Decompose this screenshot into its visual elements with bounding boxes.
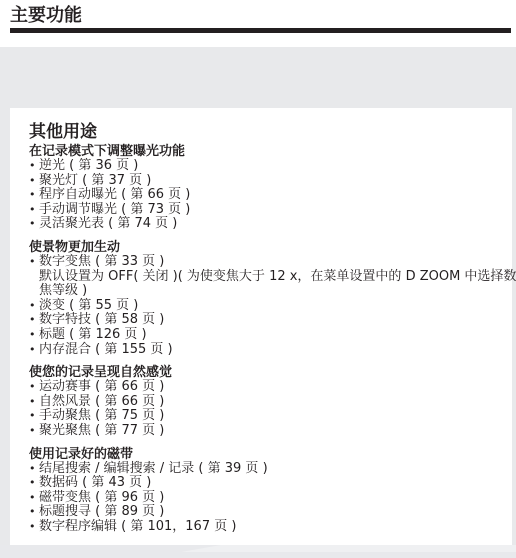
list-item-text: 标题搜寻 ( 第 89 页 ) (39, 505, 164, 520)
page-title: 主要功能 (10, 5, 82, 27)
bullet-icon: • (29, 328, 39, 343)
list-item-text: 程序自动曝光 ( 第 66 页 ) (39, 188, 190, 203)
section-title: 使用记录好的磁带 (29, 447, 492, 462)
bullet-icon: • (29, 380, 39, 395)
list-item: •手动聚焦 ( 第 75 页 ) (29, 409, 492, 424)
list-item: •数字特技 ( 第 58 页 ) (29, 313, 492, 328)
list-item: •结尾搜索 / 编辑搜索 / 记录 ( 第 39 页 ) (29, 462, 492, 477)
list-item: •内存混合 ( 第 155 页 ) (29, 343, 492, 358)
header-rule-divider (10, 28, 511, 33)
section-exposure: 在记录模式下调整曝光功能 •逆光 ( 第 36 页 ) •聚光灯 ( 第 37 … (29, 144, 492, 232)
list-item-text: 标题 ( 第 126 页 ) (39, 328, 147, 343)
list-item: •逆光 ( 第 36 页 ) (29, 159, 492, 174)
list-item: •数据码 ( 第 43 页 ) (29, 476, 492, 491)
list-item-text: 聚光聚焦 ( 第 77 页 ) (39, 424, 164, 439)
list-item-text: 数字程序编辑 ( 第 101，167 页 ) (39, 520, 236, 535)
bullet-icon: • (29, 299, 39, 314)
list-item-text: 数字变焦 ( 第 33 页 ) (39, 255, 164, 270)
list-item-text: 运动赛事 ( 第 66 页 ) (39, 380, 164, 395)
list-item-text: 灵活聚光表 ( 第 74 页 ) (39, 217, 177, 232)
section-recorded-tapes: 使用记录好的磁带 •结尾搜索 / 编辑搜索 / 记录 ( 第 39 页 ) •数… (29, 447, 492, 535)
section-title: 使景物更加生动 (29, 240, 492, 255)
list-item: •数字程序编辑 ( 第 101，167 页 ) (29, 520, 492, 535)
section-title: 使您的记录呈现自然感觉 (29, 365, 492, 380)
section-natural-recordings: 使您的记录呈现自然感觉 •运动赛事 ( 第 66 页 ) •自然风景 ( 第 6… (29, 365, 492, 438)
bullet-icon: • (29, 343, 39, 358)
list-item: •聚光灯 ( 第 37 页 ) (29, 174, 492, 189)
list-item-text: 数据码 ( 第 43 页 ) (39, 476, 151, 491)
bullet-icon: • (29, 395, 39, 410)
bullet-icon: • (29, 313, 39, 328)
note-text: 默认设置为 OFF( 关闭 )( 为使变焦大于 12 x，在菜单设置中的 D Z… (39, 270, 492, 285)
list-item: •运动赛事 ( 第 66 页 ) (29, 380, 492, 395)
list-item: •标题搜寻 ( 第 89 页 ) (29, 505, 492, 520)
list-item-text: 聚光灯 ( 第 37 页 ) (39, 174, 151, 189)
bullet-icon: • (29, 409, 39, 424)
bullet-icon: • (29, 159, 39, 174)
list-item: •标题 ( 第 126 页 ) (29, 328, 492, 343)
bullet-icon: • (29, 491, 39, 506)
bullet-icon: • (29, 203, 39, 218)
list-item: •数字变焦 ( 第 33 页 ) (29, 255, 492, 270)
bullet-icon: • (29, 255, 39, 270)
list-item-text: 手动聚焦 ( 第 75 页 ) (39, 409, 164, 424)
bullet-icon: • (29, 174, 39, 189)
list-item-text: 逆光 ( 第 36 页 ) (39, 159, 138, 174)
list-item-text: 数字特技 ( 第 58 页 ) (39, 313, 164, 328)
bullet-icon: • (29, 188, 39, 203)
list-item-text: 内存混合 ( 第 155 页 ) (39, 343, 173, 358)
bottom-shade (0, 545, 516, 558)
section-vivid-images: 使景物更加生动 •数字变焦 ( 第 33 页 ) 默认设置为 OFF( 关闭 )… (29, 240, 492, 357)
bullet-icon: • (29, 520, 39, 535)
section-title: 在记录模式下调整曝光功能 (29, 144, 492, 159)
bullet-icon: • (29, 476, 39, 491)
list-item: •程序自动曝光 ( 第 66 页 ) (29, 188, 492, 203)
list-item: •灵活聚光表 ( 第 74 页 ) (29, 217, 492, 232)
bullet-icon: • (29, 505, 39, 520)
bullet-icon: • (29, 217, 39, 232)
note-text: 焦等级 ) (39, 284, 492, 299)
card-heading: 其他用途 (29, 122, 492, 142)
content-card: 其他用途 在记录模式下调整曝光功能 •逆光 ( 第 36 页 ) •聚光灯 ( … (10, 108, 512, 545)
bullet-icon: • (29, 462, 39, 477)
list-item: •聚光聚焦 ( 第 77 页 ) (29, 424, 492, 439)
bullet-icon: • (29, 424, 39, 439)
list-item-text: 结尾搜索 / 编辑搜索 / 记录 ( 第 39 页 ) (39, 462, 268, 477)
